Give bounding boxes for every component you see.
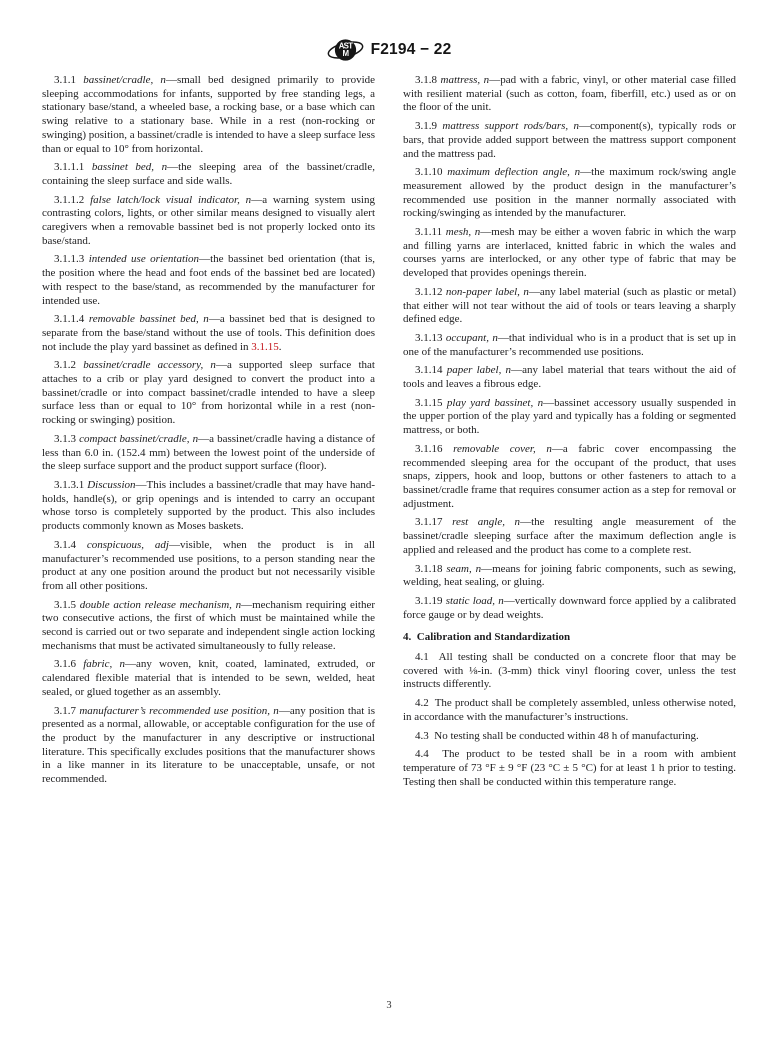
paragraph: 3.1.7 manufacturer’s recommended use pos… bbox=[42, 705, 375, 787]
paragraph: 3.1.17 rest angle, n—the resulting angle… bbox=[403, 516, 736, 557]
paragraph: 4.1 All testing shall be conducted on a … bbox=[403, 651, 736, 692]
paragraph: 4.4 The product to be tested shall be in… bbox=[403, 748, 736, 789]
document-page: AST M F2194 − 22 3.1.1 bassinet/cradle, … bbox=[0, 0, 778, 1041]
text-run: 3.1.13 bbox=[415, 332, 446, 344]
text-run: 3.1.14 bbox=[415, 364, 447, 376]
paragraph: 3.1.16 removable cover, n—a fabric cover… bbox=[403, 443, 736, 512]
paragraph: 3.1.1.1 bassinet bed, n—the sleeping are… bbox=[42, 161, 375, 188]
paragraph: 3.1.11 mesh, n—mesh may be either a wove… bbox=[403, 226, 736, 281]
text-run: 3.1.8 bbox=[415, 74, 441, 86]
text-run: . bbox=[279, 341, 282, 353]
paragraph: 3.1.1.2 false latch/lock visual indicato… bbox=[42, 194, 375, 249]
defined-term: intended use orientation bbox=[89, 253, 199, 265]
page-number: 3 bbox=[386, 1000, 391, 1011]
text-run: 3.1.11 bbox=[415, 226, 446, 238]
paragraph: 3.1.1.4 removable bassinet bed, n—a bass… bbox=[42, 313, 375, 354]
paragraph: 4.3 No testing shall be conducted within… bbox=[403, 730, 736, 744]
svg-text:M: M bbox=[342, 49, 349, 58]
paragraph: 3.1.4 conspicuous, adj—visible, when the… bbox=[42, 539, 375, 594]
text-run: 3.1.4 bbox=[54, 539, 87, 551]
text-run: 3.1.15 bbox=[415, 397, 447, 409]
defined-term: seam, n bbox=[446, 563, 481, 575]
page-footer: 3 bbox=[0, 1000, 778, 1011]
text-run: 3.1.1.1 bbox=[54, 161, 92, 173]
text-run: 3.1.6 bbox=[54, 658, 83, 670]
defined-term: removable cover, n bbox=[453, 443, 552, 455]
defined-term: Discussion bbox=[87, 479, 135, 491]
defined-term: play yard bassinet, n bbox=[447, 397, 543, 409]
paragraph: 3.1.8 mattress, n—pad with a fabric, vin… bbox=[403, 74, 736, 115]
text-run: 3.1.17 bbox=[415, 516, 452, 528]
paragraph: 3.1.3.1 Discussion—This includes a bassi… bbox=[42, 479, 375, 534]
paragraph: 3.1.13 occupant, n—that individual who i… bbox=[403, 332, 736, 359]
text-run: 4. Calibration and Standardization bbox=[403, 631, 570, 643]
text-run: 3.1.1.2 bbox=[54, 194, 90, 206]
defined-term: maximum deflection angle, n bbox=[447, 166, 580, 178]
defined-term: mesh, n bbox=[446, 226, 481, 238]
defined-term: occupant, n bbox=[446, 332, 498, 344]
defined-term: mattress, n bbox=[441, 74, 490, 86]
paragraph: 4.2 The product shall be completely asse… bbox=[403, 697, 736, 724]
defined-term: false latch/lock visual indicator, n bbox=[90, 194, 251, 206]
paragraph: 3.1.15 play yard bassinet, n—bassinet ac… bbox=[403, 397, 736, 438]
text-run: 3.1.3.1 bbox=[54, 479, 87, 491]
defined-term: removable bassinet bed, n bbox=[89, 313, 209, 325]
text-run: 4.3 No testing shall be conducted within… bbox=[415, 730, 699, 742]
defined-term: static load, n bbox=[446, 595, 504, 607]
defined-term: paper label, n bbox=[447, 364, 511, 376]
defined-term: bassinet bed, n bbox=[92, 161, 167, 173]
text-run: —small bed designed primarily to provide… bbox=[42, 74, 375, 155]
document-header: AST M F2194 − 22 bbox=[0, 0, 778, 64]
paragraph: 3.1.10 maximum deflection angle, n—the m… bbox=[403, 166, 736, 221]
section-heading: 4. Calibration and Standardization bbox=[403, 631, 736, 645]
text-run: 3.1.10 bbox=[415, 166, 447, 178]
standard-designation: F2194 − 22 bbox=[371, 41, 452, 59]
text-run: 3.1.1.4 bbox=[54, 313, 89, 325]
cross-reference-link[interactable]: 3.1.15 bbox=[251, 341, 279, 353]
defined-term: fabric, n bbox=[83, 658, 125, 670]
text-run: 3.1.18 bbox=[415, 563, 446, 575]
paragraph: 3.1.14 paper label, n—any label material… bbox=[403, 364, 736, 391]
text-run: 3.1.19 bbox=[415, 595, 446, 607]
paragraph: 3.1.5 double action release mechanism, n… bbox=[42, 599, 375, 654]
text-run: 3.1.16 bbox=[415, 443, 453, 455]
text-run: 4.4 The product to be tested shall be in… bbox=[403, 748, 736, 787]
paragraph: 3.1.18 seam, n—means for joining fabric … bbox=[403, 563, 736, 590]
text-run: 3.1.2 bbox=[54, 359, 83, 371]
paragraph: 3.1.3 compact bassinet/cradle, n—a bassi… bbox=[42, 433, 375, 474]
two-column-body: 3.1.1 bassinet/cradle, n—small bed desig… bbox=[0, 64, 778, 794]
paragraph: 3.1.6 fabric, n—any woven, knit, coated,… bbox=[42, 658, 375, 699]
paragraph: 3.1.1 bassinet/cradle, n—small bed desig… bbox=[42, 74, 375, 156]
paragraph: 3.1.19 static load, n—vertically downwar… bbox=[403, 595, 736, 622]
paragraph: 3.1.2 bassinet/cradle accessory, n—a sup… bbox=[42, 359, 375, 428]
text-run: 3.1.1.3 bbox=[54, 253, 89, 265]
text-run: 3.1.9 bbox=[415, 120, 442, 132]
astm-logo-icon: AST M bbox=[327, 36, 364, 64]
defined-term: rest angle, n bbox=[452, 516, 520, 528]
text-run: 3.1.12 bbox=[415, 286, 446, 298]
defined-term: conspicuous, adj bbox=[87, 539, 169, 551]
defined-term: manufacturer’s recommended use position,… bbox=[79, 705, 278, 717]
defined-term: bassinet/cradle, n bbox=[83, 74, 166, 86]
text-run: 3.1.7 bbox=[54, 705, 79, 717]
defined-term: compact bassinet/cradle, n bbox=[79, 433, 198, 445]
text-run: 4.2 The product shall be completely asse… bbox=[403, 697, 736, 723]
defined-term: mattress support rods/bars, n bbox=[442, 120, 579, 132]
left-column: 3.1.1 bassinet/cradle, n—small bed desig… bbox=[42, 74, 375, 794]
text-run: 3.1.5 bbox=[54, 599, 80, 611]
text-run: 3.1.3 bbox=[54, 433, 79, 445]
paragraph: 3.1.1.3 intended use orientation—the bas… bbox=[42, 253, 375, 308]
defined-term: double action release mechanism, n bbox=[80, 599, 241, 611]
paragraph: 3.1.9 mattress support rods/bars, n—comp… bbox=[403, 120, 736, 161]
paragraph: 3.1.12 non-paper label, n—any label mate… bbox=[403, 286, 736, 327]
defined-term: non-paper label, n bbox=[446, 286, 529, 298]
text-run: 4.1 All testing shall be conducted on a … bbox=[403, 651, 736, 690]
defined-term: bassinet/cradle accessory, n bbox=[83, 359, 216, 371]
text-run: 3.1.1 bbox=[54, 74, 83, 86]
right-column: 3.1.8 mattress, n—pad with a fabric, vin… bbox=[403, 74, 736, 794]
